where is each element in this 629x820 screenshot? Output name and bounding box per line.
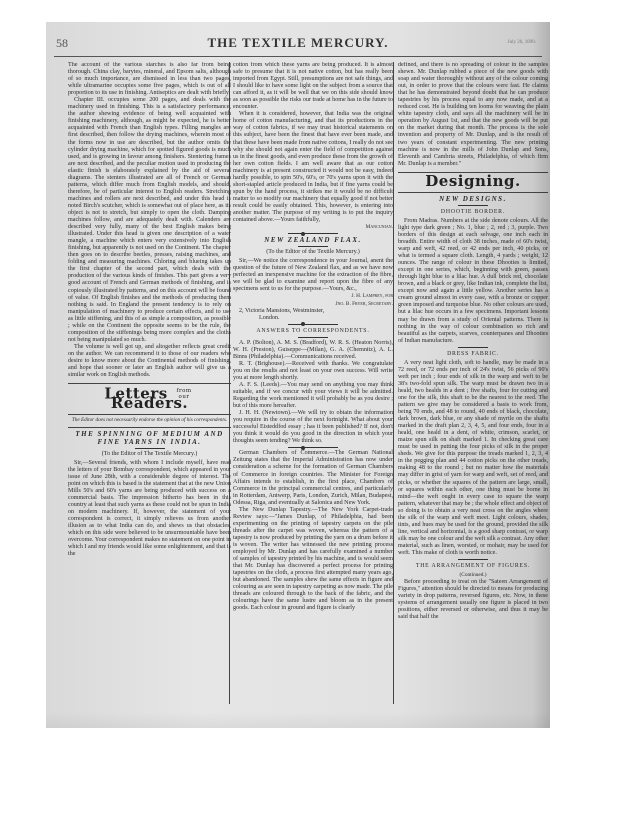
flax-signature-2: Jno. B. Fryer, Secretary. — [233, 301, 393, 308]
ornament-rule — [288, 447, 338, 448]
scan-shadow — [532, 22, 550, 728]
dress-fabric-body: A very neat light cloth, soft to handle,… — [398, 360, 548, 557]
title-dash — [298, 246, 328, 247]
dhootie-body: From Madras. Numbers at the side denote … — [398, 218, 548, 345]
letters-section-banner: Letters fromour Readers. — [68, 386, 231, 410]
flax-title: NEW ZEALAND FLAX. — [233, 237, 393, 244]
answer-item: A. F. S. (Leeds).—You may send on anythi… — [233, 382, 393, 410]
ornament-rule — [288, 324, 338, 325]
letter-continued-paragraph: cotton from which these yarns are being … — [233, 62, 393, 111]
flax-address-1: 2, Victoria Mansions, Westminster, — [233, 308, 393, 315]
page-header: 58 THE TEXTILE MERCURY. July 26, 1890. — [46, 36, 550, 54]
flax-signature-1: J. H. Lamprey, for — [233, 293, 393, 300]
section-rule — [68, 427, 231, 428]
section-rule — [68, 414, 231, 415]
flax-editor-line: (To the Editor of the Textile Mercury.) — [233, 249, 393, 256]
review-paragraph: Chapter III. occupies some 200 pages, an… — [68, 97, 231, 344]
title-dash — [298, 337, 328, 338]
column-3: defined, and there is no spreading of co… — [398, 62, 548, 708]
dhootie-title: DHOOTIE BORDER. — [398, 209, 548, 216]
header-rule — [54, 56, 542, 57]
ornament-rule — [288, 233, 338, 234]
flax-address-2: London. — [233, 315, 393, 322]
scan-shadow — [46, 712, 550, 728]
answers-title: ANSWERS TO CORRESPONDENTS. — [233, 328, 393, 335]
review-paragraph: The volume is well got up, and altogethe… — [68, 344, 231, 379]
letter-editor-line: (To the Editor of The Textile Mercury.) — [68, 451, 231, 458]
flax-body: Sir,—We notice the correspondence in you… — [233, 258, 393, 293]
column-divider — [393, 62, 394, 704]
column-2: cotton from which these yarns are being … — [233, 62, 393, 708]
arrangement-title: THE ARRANGEMENT OF FIGURES. — [398, 563, 548, 570]
title-dash — [458, 559, 488, 560]
answer-item: A. P. (Bolton), A. M. S. (Bradford), W. … — [233, 340, 393, 361]
letter-title: THE SPINNING OF MEDIUM AND FINE YARNS IN… — [68, 431, 231, 445]
title-dash — [458, 347, 488, 348]
editor-disclaimer: The Editor does not necessarily endorse … — [68, 417, 231, 423]
new-designs-title: NEW DESIGNS. — [398, 196, 548, 203]
title-dash — [135, 448, 165, 449]
title-dash — [458, 205, 488, 206]
column-1: The account of the various starches is a… — [68, 62, 231, 708]
dress-fabric-title: DRESS FABRIC. — [398, 351, 548, 358]
designing-section-banner: Designing. — [398, 175, 548, 188]
masthead-title: THE TEXTILE MERCURY. — [46, 35, 550, 51]
letter-continued-paragraph: When it is considered, however, that Ind… — [233, 111, 393, 224]
continued-article: defined, and there is no spreading of co… — [398, 62, 548, 168]
banner-word: Readers. — [111, 394, 188, 412]
news-item: The New Dunlap Tapestry.—The New York Ca… — [233, 507, 393, 613]
arrangement-body: Before proceeding to treat on the "Satee… — [398, 579, 548, 621]
letter-body: Sir,—Several friends, with whom I includ… — [68, 460, 231, 559]
letter-signature: Mancunian. — [233, 224, 393, 231]
news-item: German Chambers of Commerce.—The German … — [233, 450, 393, 506]
answer-item: J. H. H. (Newtown).—We will try to obtai… — [233, 410, 393, 445]
review-paragraph: The account of the various starches is a… — [68, 62, 231, 97]
answer-item: R. T. (Brighouse).—Received with thanks.… — [233, 361, 393, 382]
section-rule — [398, 192, 548, 193]
newspaper-page: 58 THE TEXTILE MERCURY. July 26, 1890. T… — [46, 22, 550, 728]
